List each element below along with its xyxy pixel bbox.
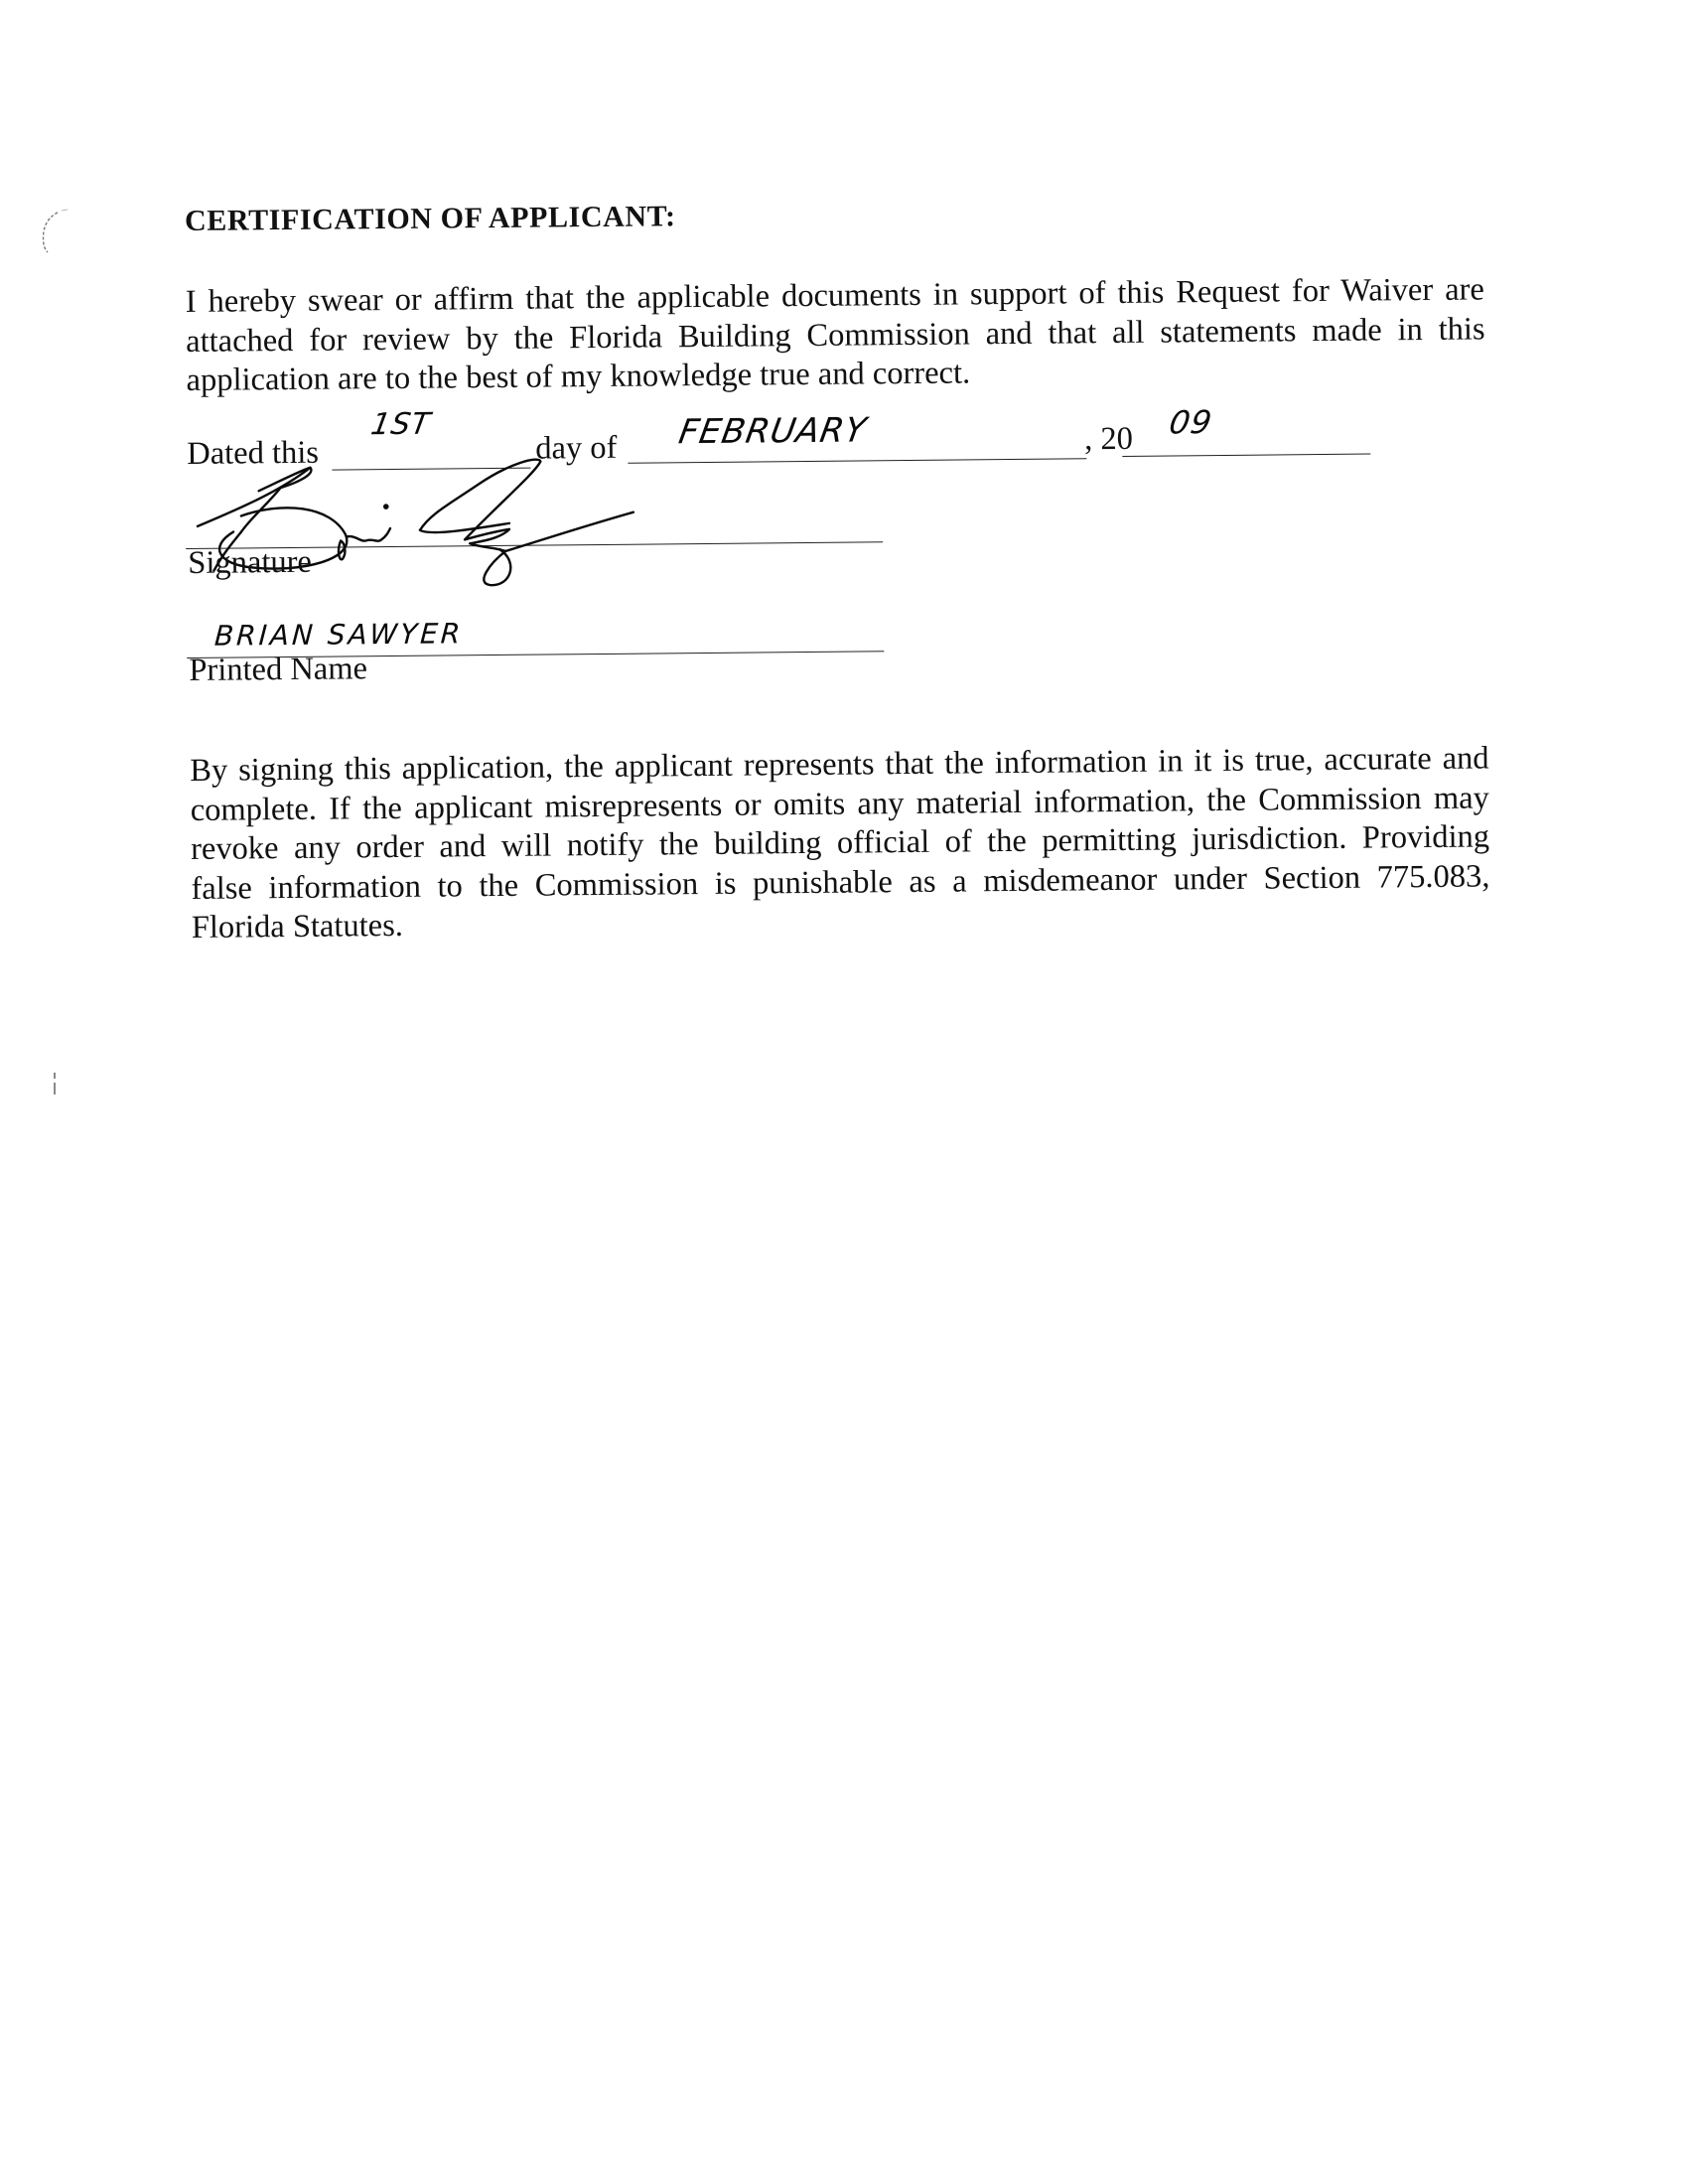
printed-name-label: Printed Name <box>189 650 367 689</box>
document-page: CERTIFICATION OF APPLICANT: I hereby swe… <box>0 0 1688 2184</box>
day-field-value[interactable]: 1ST <box>368 407 433 443</box>
year-prefix-label: , 20 <box>1084 420 1133 458</box>
certification-paragraph: I hereby swear or affirm that the applic… <box>186 270 1485 400</box>
signature-label: Signature <box>188 543 312 582</box>
year-field-value[interactable]: 09 <box>1167 403 1215 441</box>
month-field-value[interactable]: FEBRUARY <box>676 410 870 452</box>
month-field-line <box>628 458 1086 463</box>
printed-name-value[interactable]: BRIAN SAWYER <box>213 617 464 652</box>
year-field-line <box>1122 454 1370 457</box>
disclaimer-paragraph: By signing this application, the applica… <box>190 739 1490 947</box>
section-heading: CERTIFICATION OF APPLICANT: <box>185 199 676 239</box>
